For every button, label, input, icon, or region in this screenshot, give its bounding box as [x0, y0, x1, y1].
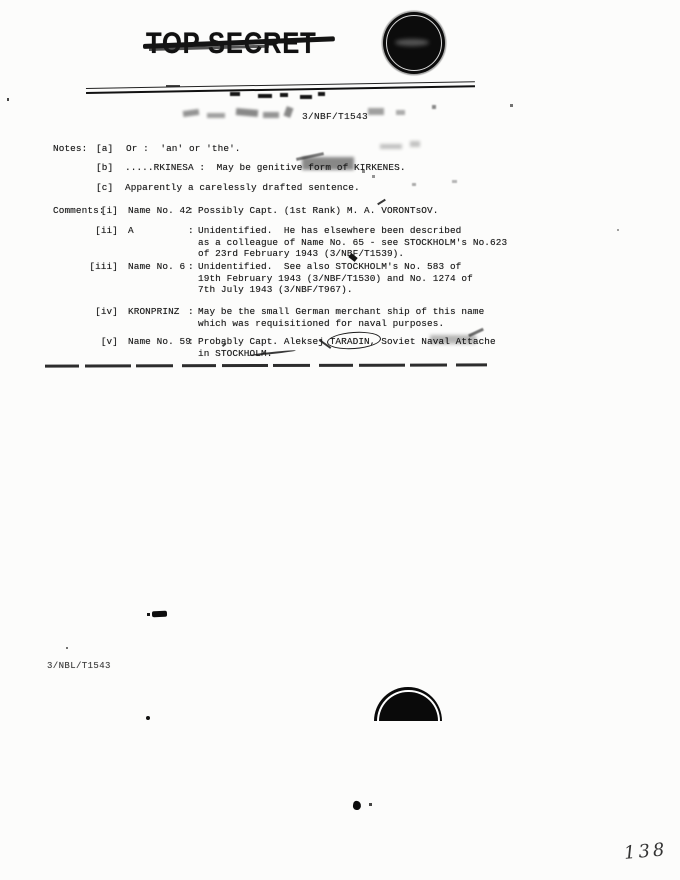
section-separator	[45, 363, 487, 367]
comment-text-line: Unidentified. He has elsewhere been desc…	[198, 225, 461, 236]
comment-text-line: Unidentified. See also STOCKHOLM's No. 5…	[198, 261, 461, 272]
comment-index: [v]	[84, 336, 118, 347]
ink-smudge	[183, 109, 200, 117]
comment-text-line: May be the small German merchant ship of…	[198, 306, 484, 317]
ink-smudge	[380, 144, 402, 149]
stamp-ring	[377, 690, 440, 725]
document-page: TOP SECRET 3/NBF/T1543 Notes: [a] Or : '…	[0, 0, 680, 880]
notes-label: Notes:	[53, 143, 87, 154]
comment-term: Name No. 42	[128, 205, 191, 216]
comment-index: [iii]	[84, 261, 118, 272]
note-text: Or : 'an' or 'the'.	[126, 143, 241, 154]
ink-speck	[7, 98, 9, 101]
stamp-illegible-text	[395, 39, 429, 46]
ink-smudge	[207, 113, 225, 118]
ink-speck	[510, 104, 513, 107]
comment-index: [iv]	[84, 306, 118, 317]
comment-term: Name No. 6	[128, 261, 185, 272]
ink-smudge	[230, 92, 240, 96]
ink-speck	[372, 175, 375, 178]
comment-index: [i]	[84, 205, 118, 216]
note-index: [c]	[96, 182, 113, 193]
ink-smudge	[368, 108, 384, 115]
handwritten-page-number: 138	[623, 839, 668, 864]
ink-smudge	[280, 93, 288, 97]
ink-smudge	[258, 94, 272, 98]
ink-speck	[617, 229, 619, 231]
note-text: Apparently a carelessly drafted sentence…	[125, 182, 360, 193]
ink-speck	[452, 180, 457, 183]
partial-circular-stamp	[374, 687, 442, 721]
comment-term: A	[128, 225, 134, 236]
reference-number-top: 3/NBF/T1543	[302, 111, 368, 122]
ink-smudge	[318, 92, 325, 96]
ink-speck	[66, 647, 68, 649]
comment-term: Name No. 59	[128, 336, 191, 347]
ink-smudge	[300, 95, 312, 99]
ink-blob	[152, 611, 167, 618]
ink-smudge	[432, 105, 436, 109]
comment-separator: :	[188, 306, 194, 317]
ink-speck	[362, 170, 365, 173]
comment-separator: :	[188, 336, 194, 347]
ink-speck	[146, 716, 150, 720]
ink-smudge	[396, 110, 405, 115]
comment-text-line: of 23rd February 1943 (3/NBF/T1539).	[198, 248, 404, 259]
comment-text-line: 7th July 1943 (3/NBF/T967).	[198, 284, 353, 295]
double-rule	[86, 81, 475, 94]
ink-smudge	[236, 108, 259, 117]
ink-speck	[147, 613, 150, 616]
comment-text-line: as a colleague of Name No. 65 - see STOC…	[198, 237, 507, 248]
ink-smudge	[166, 85, 180, 87]
comment-text-line: which was requisitioned for naval purpos…	[198, 318, 444, 329]
ink-smudge	[410, 141, 420, 147]
note-index: [a]	[96, 143, 113, 154]
ink-smudge	[302, 157, 354, 170]
pen-circle-annotation	[326, 330, 381, 351]
ink-speck	[369, 803, 372, 806]
comment-separator: :	[188, 225, 194, 236]
circular-stamp	[383, 12, 445, 74]
reference-number-bottom: 3/NBL/T1543	[47, 661, 111, 672]
ink-smudge	[263, 112, 279, 118]
ink-blob	[352, 800, 361, 810]
ink-speck	[412, 183, 416, 186]
comment-separator: :	[188, 205, 194, 216]
note-index: [b]	[96, 162, 113, 173]
comment-text-line: 19th February 1943 (3/NBF/T1530) and No.…	[198, 273, 473, 284]
comment-separator: :	[188, 261, 194, 272]
comment-text-line: Possibly Capt. (1st Rank) M. A. VORONTsO…	[198, 205, 439, 216]
comment-term: KRONPRINZ	[128, 306, 180, 317]
comment-index: [ii]	[84, 225, 118, 236]
ink-smudge	[284, 106, 294, 118]
